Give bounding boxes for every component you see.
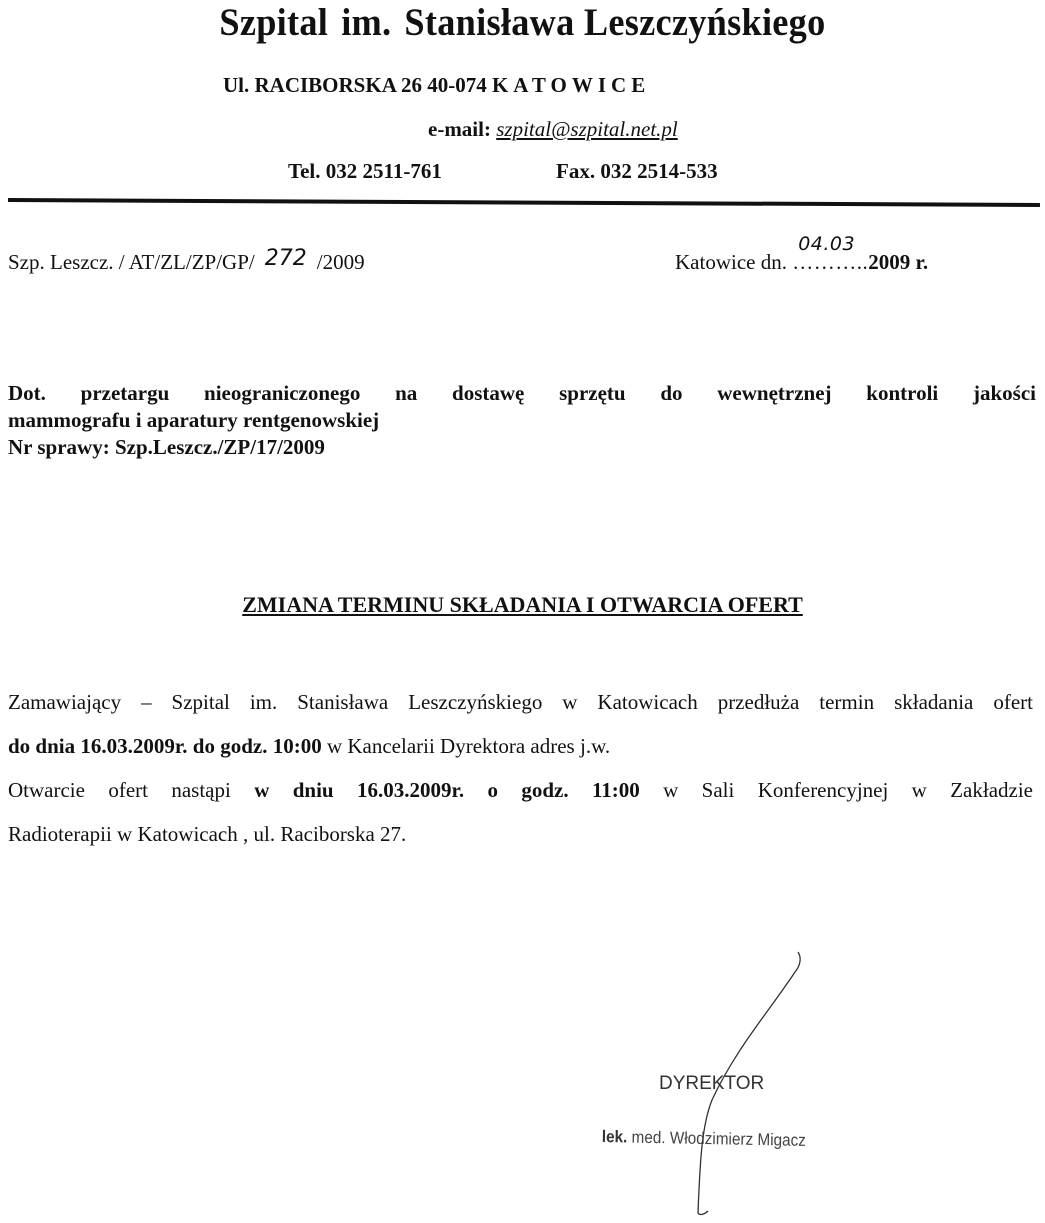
subject-line: Dot. przetargu nieograniczonego na dosta… <box>8 380 1036 407</box>
letterhead-address: Ul. RACIBORSKA 26 40-074 KATOWICE <box>223 73 650 98</box>
title-word: Leszczyńskiego <box>584 1 826 44</box>
body-line: Otwarcie ofert nastąpi w dniu 16.03.2009… <box>8 768 1033 812</box>
body-line: do dnia 16.03.2009r. do godz. 10:00 w Ka… <box>8 724 1033 768</box>
email-label: e-mail: <box>428 117 491 141</box>
address-city: KATOWICE <box>492 73 650 97</box>
title-word: im. <box>341 1 391 44</box>
letterhead-fax: Fax. 032 2514-533 <box>556 159 718 184</box>
date-prefix: Katowice dn. <box>675 250 787 274</box>
letterhead-email: e-mail: szpital@szpital.net.pl <box>428 117 678 142</box>
notice-body: Zamawiający – Szpital im. Stanisława Les… <box>8 680 1033 856</box>
subject-line: mammografu i aparatury rentgenowskiej <box>8 407 1036 434</box>
date-field: ………..04.03 <box>792 250 868 274</box>
signatory-name-stamp: lek. med. Włodzimierz Migacz <box>602 1127 806 1151</box>
notice-heading: ZMIANA TERMINU SKŁADANIA I OTWARCIA OFER… <box>0 592 1045 618</box>
header-divider <box>8 198 1040 207</box>
signatory-title-stamp: DYREKTOR <box>659 1073 764 1095</box>
date-suffix: 2009 r. <box>868 250 928 274</box>
handwritten-reference: 272 <box>255 246 317 271</box>
letterhead-phone: Tel. 032 2511-761 <box>288 159 442 184</box>
subject-block: Dot. przetargu nieograniczonego na dosta… <box>8 380 1036 461</box>
reference-prefix: Szp. Leszcz. / AT/ZL/ZP/GP/ <box>8 250 255 274</box>
title-word: Szpital <box>219 1 328 44</box>
handwritten-date: 04.03 <box>798 233 855 255</box>
body-line: Radioterapii w Katowicach , ul. Racibors… <box>8 812 1033 856</box>
case-number: Nr sprawy: Szp.Leszcz./ZP/17/2009 <box>8 434 1036 461</box>
email-link[interactable]: szpital@szpital.net.pl <box>496 117 678 141</box>
address-street: Ul. RACIBORSKA 26 40-074 <box>223 73 487 97</box>
body-line: Zamawiający – Szpital im. Stanisława Les… <box>8 680 1033 724</box>
letterhead-title: Szpitalim.Stanisława Leszczyńskiego <box>37 0 1009 45</box>
title-word: Stanisława <box>404 1 574 44</box>
reference-number: Szp. Leszcz. / AT/ZL/ZP/GP/272/2009 <box>8 250 365 275</box>
reference-suffix: /2009 <box>317 250 365 274</box>
place-and-date: Katowice dn. ………..04.032009 r. <box>675 250 928 275</box>
